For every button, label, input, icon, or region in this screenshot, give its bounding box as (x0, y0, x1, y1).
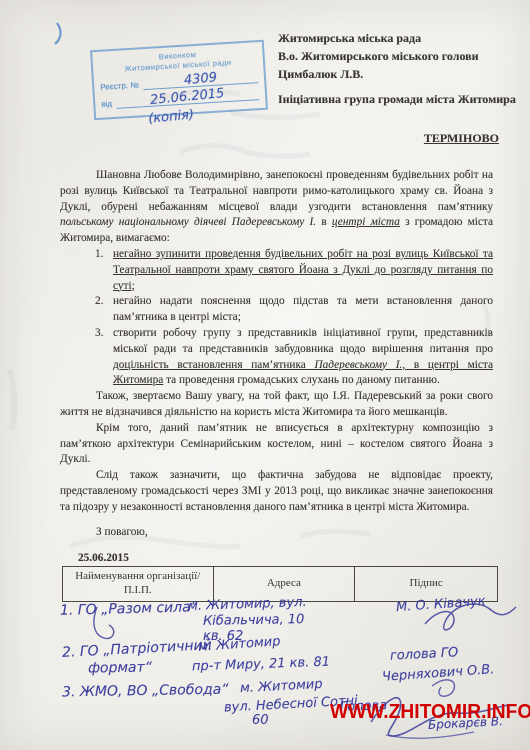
p1-normal-2: в (316, 216, 332, 228)
demands-list: 1. негайно зупинити проведення будівельн… (60, 247, 493, 389)
letter-body: Шановна Любове Володимирівно, занепокоєн… (60, 168, 493, 567)
entry-1-address-line1: м. Житомир, вул. (188, 595, 307, 614)
entry-3-address-line3: 60 (252, 713, 269, 728)
site-watermark: WWW.ZHITOMIR.INFO (330, 701, 530, 724)
stamp-copy-note: (копія) (148, 109, 195, 124)
table-header-organization: Найменування організації/ П.І.П. (62, 566, 214, 602)
list-item-3-text: створити робочу групу з представників ін… (113, 326, 493, 389)
table-header-address-label: Адреса (267, 577, 301, 591)
list-item-1: 1. негайно зупинити проведення будівельн… (95, 247, 493, 294)
item3-underline: доцільність встановлення пам’ятника (113, 359, 315, 371)
entry-2-signature-squiggle (432, 680, 454, 696)
entry-3-address-line1: м. Житомир (240, 677, 323, 696)
registration-stamp: Виконком Житомирської міської ради Реєст… (90, 40, 268, 120)
list-item-2-text: негайно надати пояснення щодо підстав та… (113, 294, 493, 326)
table-header-organization-line1: Найменування організації/ (65, 570, 211, 584)
item3-normal: створити робочу групу з представників ін… (113, 327, 493, 355)
item3-normal-2: та проведення громадських слухань по дан… (163, 374, 440, 386)
p1-italic-underline: центрі міста (332, 216, 400, 228)
list-item-3: 3. створити робочу групу з представників… (95, 326, 493, 389)
list-item-3-number: 3. (95, 326, 113, 389)
paragraph-project: Слід також зазначити, що фактична забудо… (60, 468, 493, 515)
sender-group-line: Ініціативна група громади міста Житомира (278, 90, 516, 108)
entry-1-address-line2: Кібальчича, 10 (203, 612, 305, 629)
recipient-line2: В.о. Житомирського міського голови (278, 47, 516, 65)
stamp-date-label: від (101, 99, 112, 110)
p1-italic: польському національному діячеві Падерев… (60, 216, 316, 228)
entry-3-organization: 3. ЖМО, ВО „Свобода“ (62, 682, 229, 701)
document-date: 25.06.2015 (78, 551, 493, 567)
entry-3-signature-underline (386, 732, 474, 738)
p1-normal: Шановна Любове Володимирівно, занепокоєн… (60, 169, 493, 213)
entry-2-organization-line2: формат“ (88, 659, 152, 676)
table-header-organization-line2: П.І.П. (65, 584, 211, 598)
list-item-1-text: негайно зупинити проведення будівельних … (113, 247, 493, 294)
scanned-letter-page: Виконком Житомирської міської ради Реєст… (0, 0, 530, 750)
list-item-2: 2. негайно надати пояснення щодо підстав… (95, 294, 493, 326)
entry-1-organization: 1. ГО „Разом сила“ (60, 599, 198, 619)
entry-2-address-line2: пр-т Миру, 21 кв. 81 (192, 655, 330, 675)
pen-bracket-mark (55, 23, 61, 44)
entry-2-organization-line1: 2. ГО „Патріотичний (62, 637, 212, 661)
stamp-date-value: 25.06.2015 (150, 88, 225, 106)
paragraph-fact: Також, звертаємо Вашу увагу, на той факт… (60, 389, 493, 421)
entry-2-signature-title: голова ГО (390, 645, 459, 664)
table-header-signature-label: Підпис (410, 577, 443, 591)
item3-underline-italic: Падеревському І., (315, 359, 406, 371)
list-item-2-number: 2. (95, 294, 113, 326)
stamp-reg-label: Реєстр. № (100, 80, 139, 92)
list-item-1-number: 1. (95, 247, 113, 294)
recipient-line3: Цимбалюк Л.В. (278, 65, 516, 83)
urgent-label: ТЕРМІНОВО (424, 131, 499, 146)
recipient-block: Житомирська міська рада В.о. Житомирсько… (278, 29, 516, 108)
closing-line: З повагою, (60, 525, 493, 541)
paragraph-architecture: Крім того, даний пам’ятник не вписується… (60, 421, 493, 468)
entry-2-signature-name: Черняхович О.В. (382, 662, 495, 685)
paragraph-appeal: Шановна Любове Володимирівно, занепокоєн… (60, 168, 493, 247)
stamp-reg-number: 4309 (183, 72, 217, 86)
recipient-line1: Житомирська міська рада (278, 29, 516, 47)
